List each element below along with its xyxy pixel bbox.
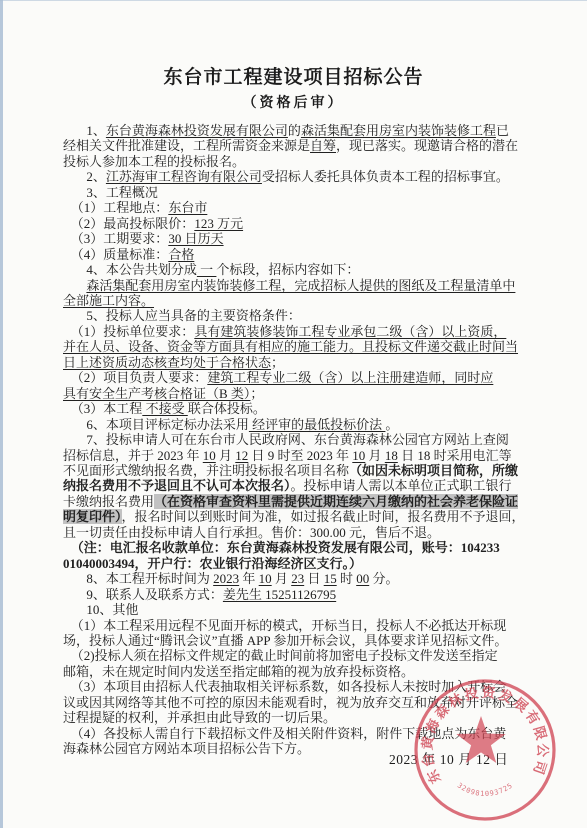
text-segment: 日 9 时至 2023 年 bbox=[248, 448, 352, 463]
text-segment: 10 bbox=[203, 448, 216, 463]
text-segment: 分。 bbox=[369, 571, 398, 586]
text-segment: 明复印件） bbox=[63, 509, 122, 524]
text-line: 全部施工内容。 bbox=[63, 293, 531, 308]
text-segment: 且一切责任由投标申请人自行承担。售价：300.00 元，售后不退。 bbox=[63, 525, 440, 540]
text-segment: 建筑工程专业二级（含）以上注册建造师，同时应 bbox=[207, 370, 493, 385]
text-segment: （1）本工程采用远程不见面开标的模式，开标当日，投标人不必抵达开标现 bbox=[71, 618, 507, 633]
text-segment: ； bbox=[250, 386, 263, 401]
text-segment: 不见面形式缴纳报名费，并注明投标报名项目名称 bbox=[63, 463, 349, 478]
text-segment: 8、本工程开标时间为 bbox=[86, 571, 213, 586]
text-segment: 姜先生 15251126795 bbox=[223, 587, 336, 602]
text-segment: 9、联系人及联系方式： bbox=[86, 587, 223, 602]
text-line: （2）项目负责人要求：建筑工程专业二级（含）以上注册建造师，同时应 bbox=[63, 370, 531, 385]
text-line: （1）本工程采用远程不见面开标的模式，开标当日，投标人不必抵达开标现 bbox=[63, 618, 531, 633]
page-left-edge bbox=[0, 0, 3, 828]
text-segment: 已 bbox=[496, 123, 509, 138]
text-segment: 联合体投标。 bbox=[188, 401, 266, 416]
text-segment: 邮箱，未在规定时间内发送至指定邮箱的视为放弃投标资格。 bbox=[63, 664, 414, 679]
text-segment: 一 bbox=[197, 262, 217, 277]
text-segment: 10 bbox=[259, 571, 272, 586]
text-line: （1）工程地点：东台市 bbox=[63, 200, 531, 215]
text-segment: 东台黄海森林投资发展有限公司 bbox=[106, 123, 288, 138]
text-line: 8、本工程开标时间为 2023 年 10 月 23 日 15 时 00 分。 bbox=[63, 571, 531, 586]
text-segment: 月 bbox=[272, 571, 292, 586]
text-segment: 自筹 bbox=[310, 138, 336, 153]
text-line: （注：电汇报名收款单位：东台黄海森林投资发展有限公司，账号：104233 bbox=[63, 540, 531, 555]
text-segment: 江苏海审工程咨询有限公司 bbox=[106, 169, 262, 184]
text-segment: 30 日历天 bbox=[168, 231, 223, 246]
text-segment: 年 bbox=[239, 571, 259, 586]
text-segment: 2、 bbox=[86, 169, 106, 184]
text-segment: 。投标申请人需以本单位正式职工银行 bbox=[291, 478, 512, 493]
text-line: （2）最高投标限价：123 万元 bbox=[63, 216, 531, 231]
text-segment: （3）工期要求： bbox=[71, 231, 169, 246]
text-segment: 5、投标人应当具备的主要资格条件： bbox=[86, 308, 301, 323]
text-line: （1）投标单位要求：具有建筑装修装饰工程专业承包二级（含）以上资质， bbox=[63, 324, 531, 339]
text-segment: 月 bbox=[365, 448, 385, 463]
text-segment: 1、 bbox=[86, 123, 106, 138]
text-segment: 23 bbox=[291, 571, 304, 586]
text-segment: （4）质量标准： bbox=[71, 247, 169, 262]
text-segment: 6、本项目评标定标办法采用 bbox=[86, 417, 249, 432]
text-segment: 12 bbox=[235, 448, 248, 463]
text-segment: 具有建筑装修装饰工程专业承包二级（含）以上资质， bbox=[194, 324, 506, 339]
text-segment: （1）投标单位要求： bbox=[71, 324, 195, 339]
text-segment: 全部施工内容。 bbox=[63, 293, 154, 308]
text-segment: 议或因其网络等其他不可控的原因未能观看时，视为放弃交互和放弃对开评标全 bbox=[63, 695, 518, 710]
text-line: 经相关文件批准建设，工程所需资金来源是自筹，现已落实。现邀请合格的潜在 bbox=[63, 138, 531, 153]
text-segment: 日 bbox=[304, 571, 324, 586]
text-line: 3、工程概况 bbox=[63, 185, 531, 200]
text-segment: 的 bbox=[288, 123, 301, 138]
text-line: 4、本公告共划分成 一 个标段，招标内容如下： bbox=[63, 262, 531, 277]
text-segment: 2023 bbox=[213, 571, 239, 586]
text-segment: 森活集配套用房室内装饰装修工程，完成招标人提供的图纸及工程量清单中 bbox=[86, 278, 515, 293]
text-line: 纳报名费用不予退回且不认可本次报名）。投标申请人需以本单位正式职工银行 bbox=[63, 478, 531, 493]
text-line: 5、投标人应当具备的主要资格条件： bbox=[63, 308, 531, 323]
text-line: 森活集配套用房室内装饰装修工程，完成招标人提供的图纸及工程量清单中 bbox=[63, 278, 531, 293]
text-line: 卡缴纳报名费用（在资格审查资料里需提供近期连续六月缴纳的社会养老保险证 bbox=[63, 494, 531, 509]
text-segment: 纳报名费用不予退回且不认可本次报名） bbox=[63, 478, 291, 493]
text-segment: 过程提疑的权利，并承担由此导致的一切后果。 bbox=[63, 710, 336, 725]
text-line: 9、联系人及联系方式：姜先生 15251126795 bbox=[63, 587, 531, 602]
text-line: （3）本工程 不接受 联合体投标。 bbox=[63, 401, 531, 416]
text-segment: 并在人员、设备、资金等方面具有相应的施工能力。且投标文件递交截止时间当 bbox=[63, 339, 518, 354]
text-segment: 3、工程概况 bbox=[86, 185, 158, 200]
text-segment: （3）本项目由招标人代表抽取相关评标系数，如各投标人未按时加入开标会 bbox=[71, 679, 507, 694]
text-segment: 场，投标人通过“腾讯会议”直播 APP 参加开标会议，具体要求详见招标文件。 bbox=[63, 633, 507, 648]
text-segment: ，现已落实。现邀请合格的潜在 bbox=[336, 138, 518, 153]
text-segment: 海森林公园官方网站本项目招标公告下方。 bbox=[63, 741, 310, 756]
text-line: 具有安全生产考核合格证（B 类）； bbox=[63, 386, 531, 401]
text-segment: （1）工程地点： bbox=[71, 200, 169, 215]
text-segment: 卡缴纳报名费用 bbox=[63, 494, 154, 509]
text-line: 邮箱，未在规定时间内发送至指定邮箱的视为放弃投标资格。 bbox=[63, 664, 531, 679]
text-line: 2、江苏海审工程咨询有限公司受招标人委托具体负责本工程的招标事宜。 bbox=[63, 169, 531, 184]
text-segment: （3）本工程 bbox=[71, 401, 143, 416]
text-segment: 东台市 bbox=[168, 200, 207, 215]
text-segment: 时 bbox=[337, 571, 357, 586]
text-segment: 日上述资质动态核查均处于合格状态 bbox=[63, 355, 271, 370]
text-segment: 具有安全生产考核合格证（B 类） bbox=[63, 386, 250, 401]
text-segment: 个标段，招标内容如下： bbox=[216, 262, 359, 277]
text-segment: 18 bbox=[385, 448, 398, 463]
text-segment: 4、本公告共划分成 bbox=[86, 262, 197, 277]
text-line: 投标人参加本工程的投标报名。 bbox=[63, 154, 531, 169]
text-line: 7、投标申请人可在东台市人民政府网、东台黄海森林公园官方网站上查阅 bbox=[63, 432, 531, 447]
text-segment: 不接受 bbox=[142, 401, 188, 416]
text-segment: （2)投标人须在招标文件规定的截止时间前将加密电子投标文件发送至指定 bbox=[71, 648, 498, 663]
text-segment: 森活集配套用房室内装饰装修工程 bbox=[301, 123, 496, 138]
page-title: 东台市工程建设项目招标公告 bbox=[0, 66, 587, 90]
page-subtitle: （资格后审） bbox=[0, 95, 587, 113]
text-segment: 7、投标申请人可在东台市人民政府网、东台黄海森林公园官方网站上查阅 bbox=[86, 432, 509, 447]
text-segment: ，报名时间以到账时间为准，如过报名截止时间，报名费用不予退回， bbox=[122, 509, 525, 524]
text-line: （3）本项目由招标人代表抽取相关评标系数，如各投标人未按时加入开标会 bbox=[63, 679, 531, 694]
text-line: 明复印件），报名时间以到账时间为准，如过报名截止时间，报名费用不予退回， bbox=[63, 509, 531, 524]
text-segment: 受招标人委托具体负责本工程的招标事宜。 bbox=[262, 169, 509, 184]
text-segment: （如因未标明项目简称，所缴 bbox=[349, 463, 518, 478]
text-segment: 合格 bbox=[168, 247, 194, 262]
text-segment: （在资格审查资料里需提供近期连续六月缴纳的社会养老保险证 bbox=[154, 494, 518, 509]
text-line: 01040003494，开户行：农业银行沿海经济区支行。） bbox=[63, 556, 531, 571]
issue-date: 2023 年 10 月 12 日 bbox=[389, 748, 508, 768]
text-segment: （注：电汇报名收款单位：东台黄海森林投资发展有限公司，账号：104233 bbox=[71, 540, 500, 555]
text-line: 不见面形式缴纳报名费，并注明投标报名项目名称（如因未标明项目简称，所缴 bbox=[63, 463, 531, 478]
text-segment: 。 bbox=[385, 417, 398, 432]
text-segment: 123 万元 bbox=[194, 216, 243, 231]
text-segment: 月 bbox=[216, 448, 236, 463]
text-line: 并在人员、设备、资金等方面具有相应的施工能力。且投标文件递交截止时间当 bbox=[63, 339, 531, 354]
text-segment: 经相关文件批准建设，工程所需资金来源是 bbox=[63, 138, 310, 153]
text-line: 10、其他 bbox=[63, 602, 531, 617]
text-segment: 10、其他 bbox=[86, 602, 138, 617]
text-line: 场，投标人通过“腾讯会议”直播 APP 参加开标会议，具体要求详见招标文件。 bbox=[63, 633, 531, 648]
text-line: （4）各投标人需自行下载招标文件及相关附件资料，附件下载地点为东台黄 bbox=[63, 726, 531, 741]
text-line: 1、东台黄海森林投资发展有限公司的森活集配套用房室内装饰装修工程已 bbox=[63, 123, 531, 138]
text-segment: 15 bbox=[324, 571, 337, 586]
text-segment: （4）各投标人需自行下载招标文件及相关附件资料，附件下载地点为东台黄 bbox=[71, 726, 507, 741]
text-segment: 10 bbox=[352, 448, 365, 463]
text-segment: 经评审的最低投标价法 bbox=[249, 417, 386, 432]
text-line: （3）工期要求：30 日历天 bbox=[63, 231, 531, 246]
text-line: 日上述资质动态核查均处于合格状态； bbox=[63, 355, 531, 370]
document-body: 1、东台黄海森林投资发展有限公司的森活集配套用房室内装饰装修工程已经相关文件批准… bbox=[0, 123, 587, 757]
text-line: 议或因其网络等其他不可控的原因未能观看时，视为放弃交互和放弃对开评标全 bbox=[63, 695, 531, 710]
text-line: 且一切责任由投标申请人自行承担。售价：300.00 元，售后不退。 bbox=[63, 525, 531, 540]
page-top-edge bbox=[0, 0, 587, 1]
text-line: 过程提疑的权利，并承担由此导致的一切后果。 bbox=[63, 710, 531, 725]
text-segment: ； bbox=[271, 355, 284, 370]
text-segment: 01040003494，开户行：农业银行沿海经济区支行。） bbox=[63, 556, 362, 571]
scanned-document-page: 东台市工程建设项目招标公告 （资格后审） 1、东台黄海森林投资发展有限公司的森活… bbox=[0, 0, 587, 828]
text-segment: 投标人参加本工程的投标报名。 bbox=[63, 154, 245, 169]
text-segment: （2）项目负责人要求： bbox=[71, 370, 208, 385]
text-line: （2)投标人须在招标文件规定的截止时间前将加密电子投标文件发送至指定 bbox=[63, 648, 531, 663]
text-segment: （2）最高投标限价： bbox=[71, 216, 195, 231]
text-segment: 日 18 时采用电汇等 bbox=[398, 448, 512, 463]
text-line: 招标信息，并于 2023 年 10 月 12 日 9 时至 2023 年 10 … bbox=[63, 448, 531, 463]
text-line: 6、本项目评标定标办法采用 经评审的最低投标价法 。 bbox=[63, 417, 531, 432]
text-segment: 00 bbox=[356, 571, 369, 586]
text-line: （4）质量标准：合格 bbox=[63, 247, 531, 262]
text-segment: 招标信息，并于 2023 年 bbox=[63, 448, 203, 463]
